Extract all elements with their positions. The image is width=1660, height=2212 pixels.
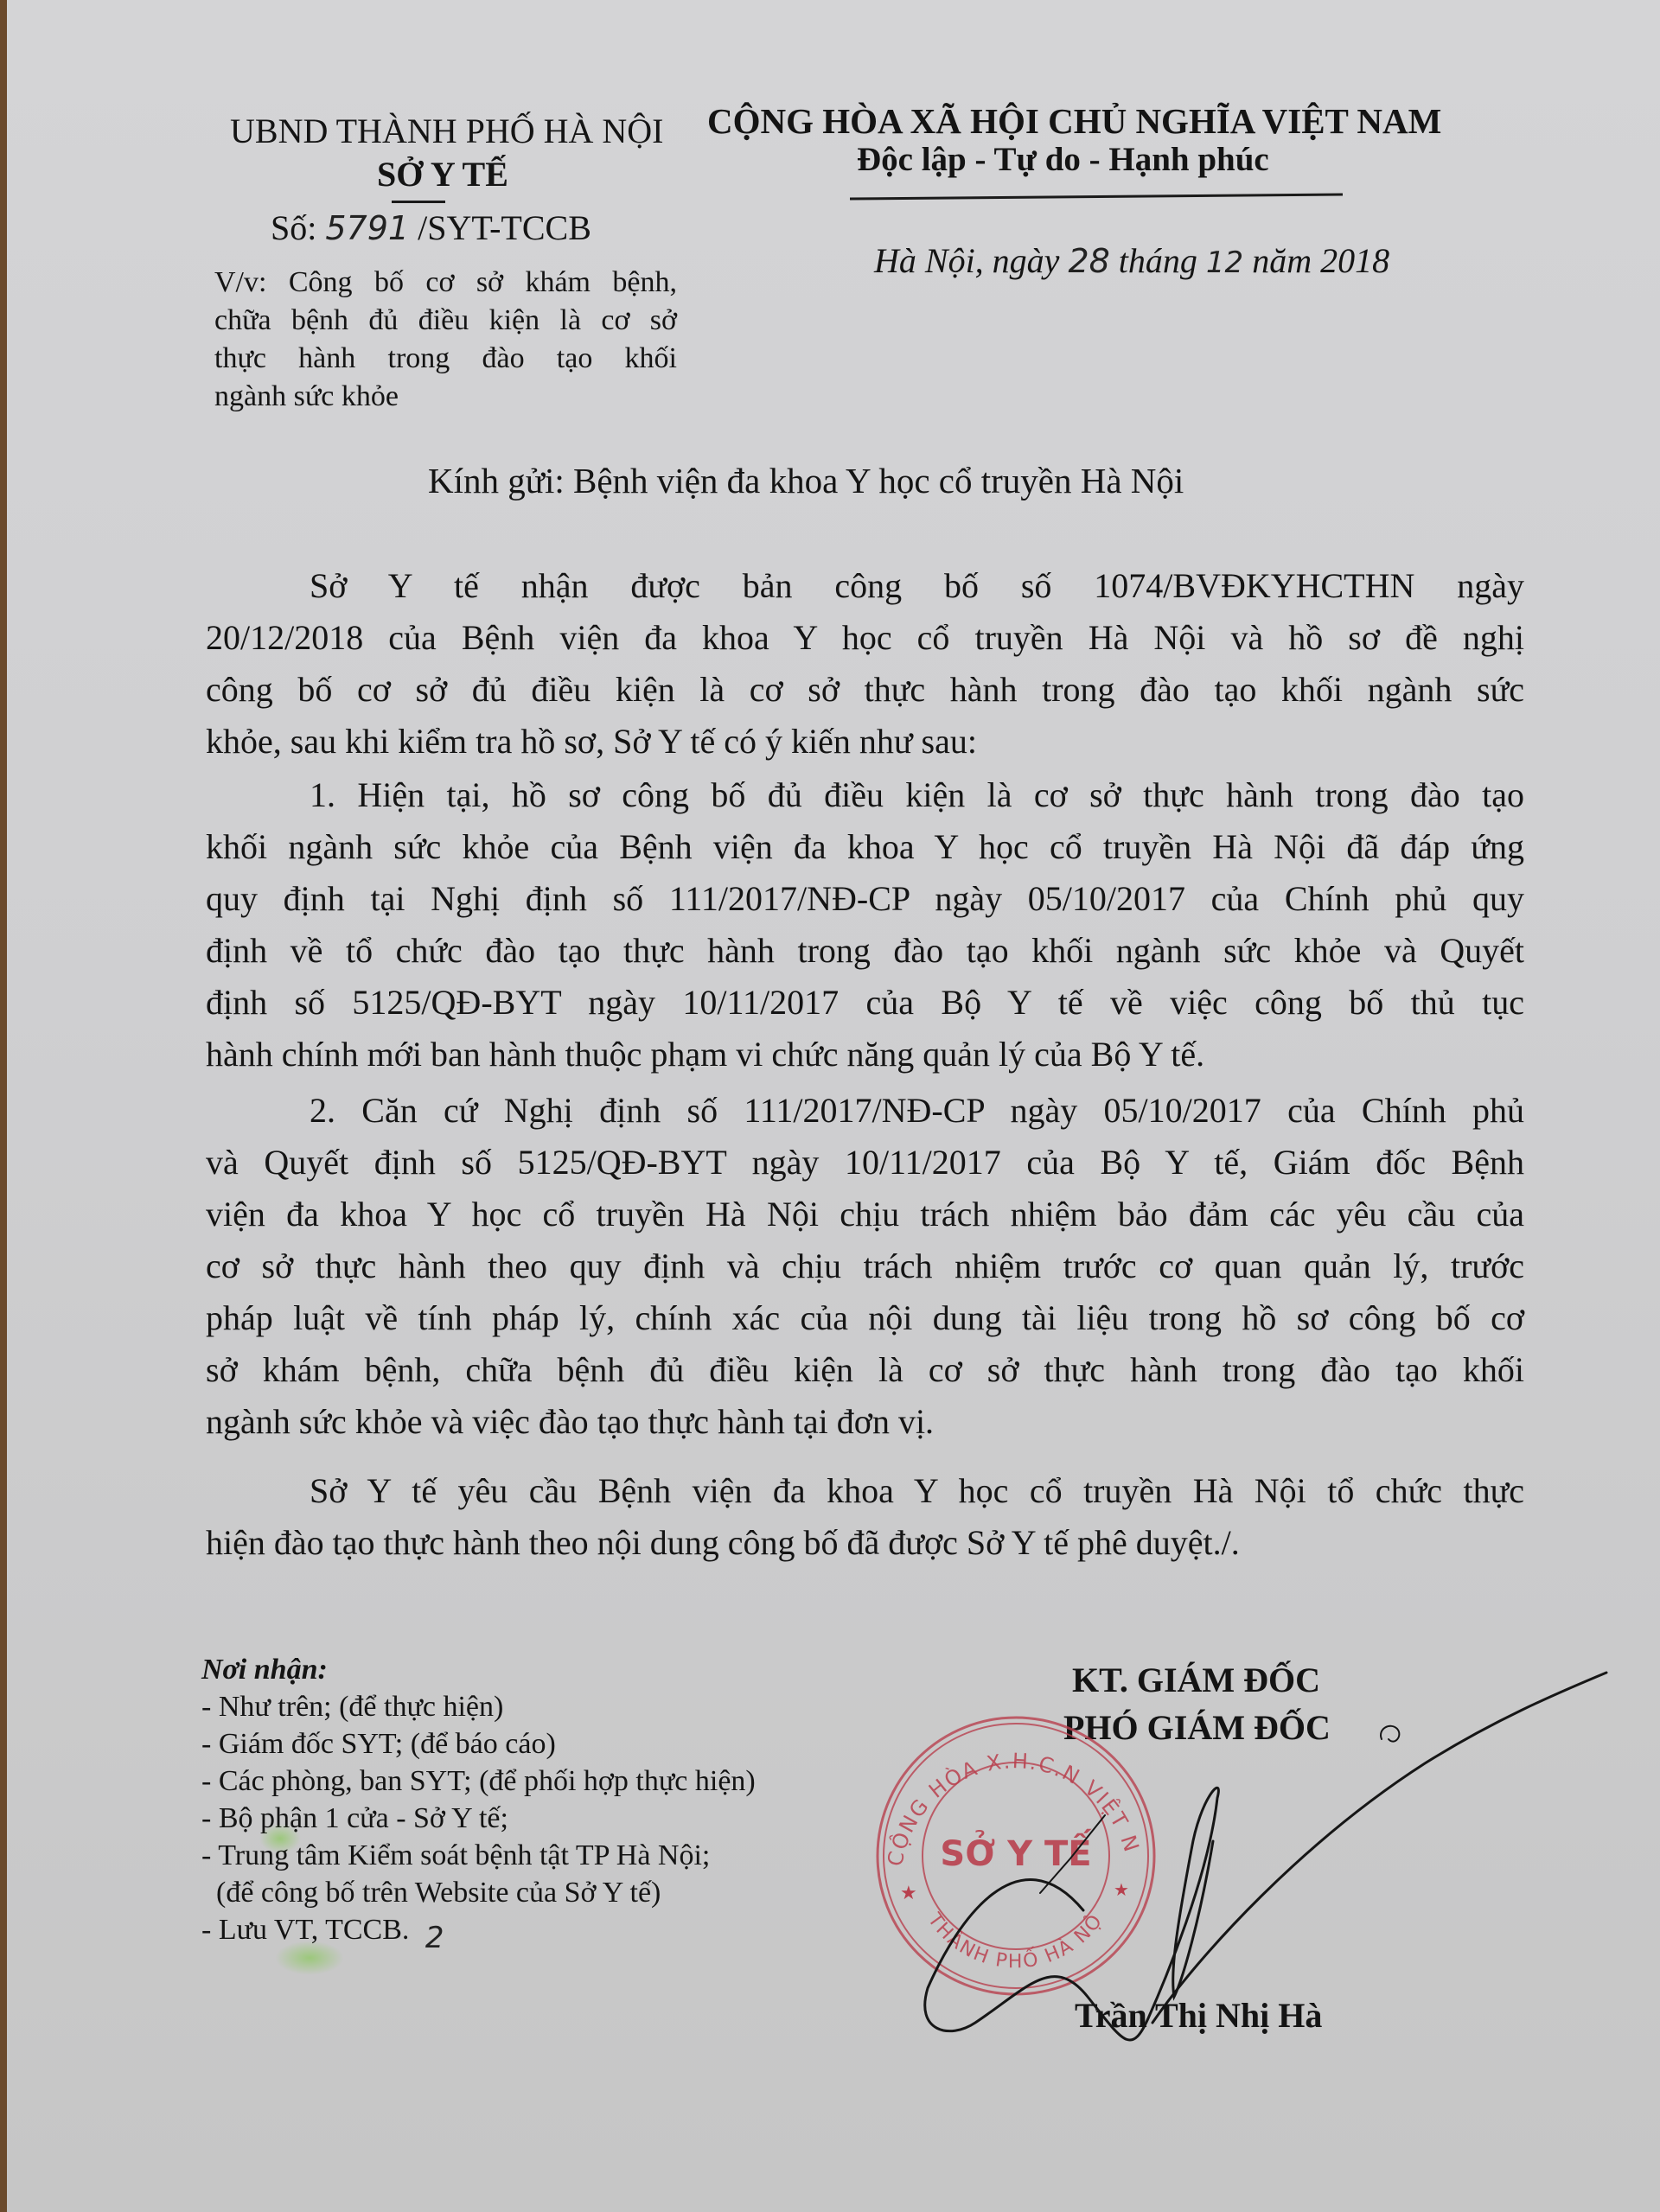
recipient-item: (để công bố trên Website của Sở Y tế) <box>201 1874 756 1911</box>
doc-number-value: 5791 <box>325 209 409 247</box>
doc-number-label: Số: <box>271 208 316 247</box>
signature-title-1: KT. GIÁM ĐỐC <box>1072 1660 1320 1700</box>
subject-block: V/v: Công bố cơ sở khám bệnh, chữa bệnh … <box>214 264 677 416</box>
highlight-mark <box>275 1941 344 1975</box>
body-line: 20/12/2018 của Bệnh viện đa khoa Y học c… <box>206 612 1524 664</box>
body-line: định số 5125/QĐ-BYT ngày 10/11/2017 của … <box>206 977 1524 1029</box>
body-line: khối ngành sức khỏe của Bệnh viện đa kho… <box>206 821 1524 873</box>
body-line: 1. Hiện tại, hồ sơ công bố đủ điều kiện … <box>206 769 1524 821</box>
body-line: cơ sở thực hành theo quy định và chịu tr… <box>206 1240 1524 1292</box>
recipients-title: Nơi nhận <box>201 1654 317 1686</box>
stamp-star-icon: ★ <box>900 1882 917 1903</box>
body-line: quy định tại Nghị định số 111/2017/NĐ-CP… <box>206 873 1524 925</box>
agency-name: SỞ Y TẾ <box>377 154 508 194</box>
body-line: 2. Căn cứ Nghị định số 111/2017/NĐ-CP ng… <box>206 1085 1524 1137</box>
doc-number-suffix: /SYT-TCCB <box>418 208 591 247</box>
highlight-mark <box>259 1824 301 1853</box>
subject-line: V/v: Công bố cơ sở khám bệnh, <box>214 264 677 302</box>
body-line: viện đa khoa Y học cổ truyền Hà Nội chịu… <box>206 1189 1524 1240</box>
subject-line: chữa bệnh đủ điều kiện là cơ sở <box>214 302 677 340</box>
body-line: ngành sức khỏe và việc đào tạo thực hành… <box>206 1396 1524 1448</box>
body-line: hành chính mới ban hành thuộc phạm vi ch… <box>206 1029 1524 1081</box>
recipient-item: - Các phòng, ban SYT; (để phối hợp thực … <box>201 1763 756 1800</box>
agency-underline <box>392 201 445 203</box>
body-line: khỏe, sau khi kiểm tra hồ sơ, Sở Y tế có… <box>206 716 1524 768</box>
nation-motto: Độc lập - Tự do - Hạnh phúc <box>857 140 1269 179</box>
subject-line: ngành sức khỏe <box>214 378 677 416</box>
body-item-2: 2. Căn cứ Nghị định số 111/2017/NĐ-CP ng… <box>206 1085 1524 1448</box>
date-year: năm 2018 <box>1252 241 1389 280</box>
body-line: Sở Y tế nhận được bản công bố số 1074/BV… <box>206 560 1524 612</box>
doc-number: Số: 5791 /SYT-TCCB <box>271 207 591 248</box>
official-stamp: CỘNG HÒA X.H.C.N VIỆT NAM THÀNH PHỐ HÀ N… <box>867 1707 1161 2001</box>
body-line: pháp luật về tính pháp lý, chính xác của… <box>206 1292 1524 1344</box>
nation-title: CỘNG HÒA XÃ HỘI CHỦ NGHĨA VIỆT NAM <box>707 100 1441 142</box>
document-page: UBND THÀNH PHỐ HÀ NỘI SỞ Y TẾ CỘNG HÒA X… <box>7 0 1660 2212</box>
body-closing: Sở Y tế yêu cầu Bệnh viện đa khoa Y học … <box>206 1465 1524 1569</box>
recipient-line: Kính gửi: Bệnh viện đa khoa Y học cổ tru… <box>428 460 1184 501</box>
issue-date: Hà Nội, ngày 28 tháng 12 năm 2018 <box>874 240 1389 281</box>
body-line: hiện đào tạo thực hành theo nội dung côn… <box>206 1517 1524 1569</box>
body-intro: Sở Y tế nhận được bản công bố số 1074/BV… <box>206 560 1524 768</box>
body-line: định về tổ chức đào tạo thực hành trong … <box>206 925 1524 977</box>
handwritten-count: 2 <box>425 1921 444 1955</box>
date-day: 28 <box>1068 242 1109 280</box>
body-item-1: 1. Hiện tại, hồ sơ công bố đủ điều kiện … <box>206 769 1524 1081</box>
date-month-label: tháng <box>1119 241 1197 280</box>
stamp-star-icon: ★ <box>1114 1881 1129 1900</box>
stamp-center-text: SỞ Y TẾ <box>940 1827 1092 1874</box>
motto-underline <box>850 194 1343 201</box>
recipient-item: - Như trên; (để thực hiện) <box>201 1688 756 1725</box>
date-prefix: Hà Nội, ngày <box>874 241 1059 280</box>
subject-line: thực hành trong đào tạo khối <box>214 340 677 378</box>
recipient-item: - Giám đốc SYT; (để báo cáo) <box>201 1725 756 1763</box>
date-month: 12 <box>1206 245 1243 280</box>
body-line: công bố cơ sở đủ điều kiện là cơ sở thực… <box>206 664 1524 716</box>
signer-name: Trần Thị Nhị Hà <box>1075 1995 1322 2036</box>
body-line: và Quyết định số 5125/QĐ-BYT ngày 10/11/… <box>206 1137 1524 1189</box>
agency-parent: UBND THÀNH PHỐ HÀ NỘI <box>230 111 663 151</box>
body-line: Sở Y tế yêu cầu Bệnh viện đa khoa Y học … <box>206 1465 1524 1517</box>
recipients-block: Nơi nhận: - Như trên; (để thực hiện) - G… <box>201 1651 756 1948</box>
body-line: sở khám bệnh, chữa bệnh đủ điều kiện là … <box>206 1344 1524 1396</box>
